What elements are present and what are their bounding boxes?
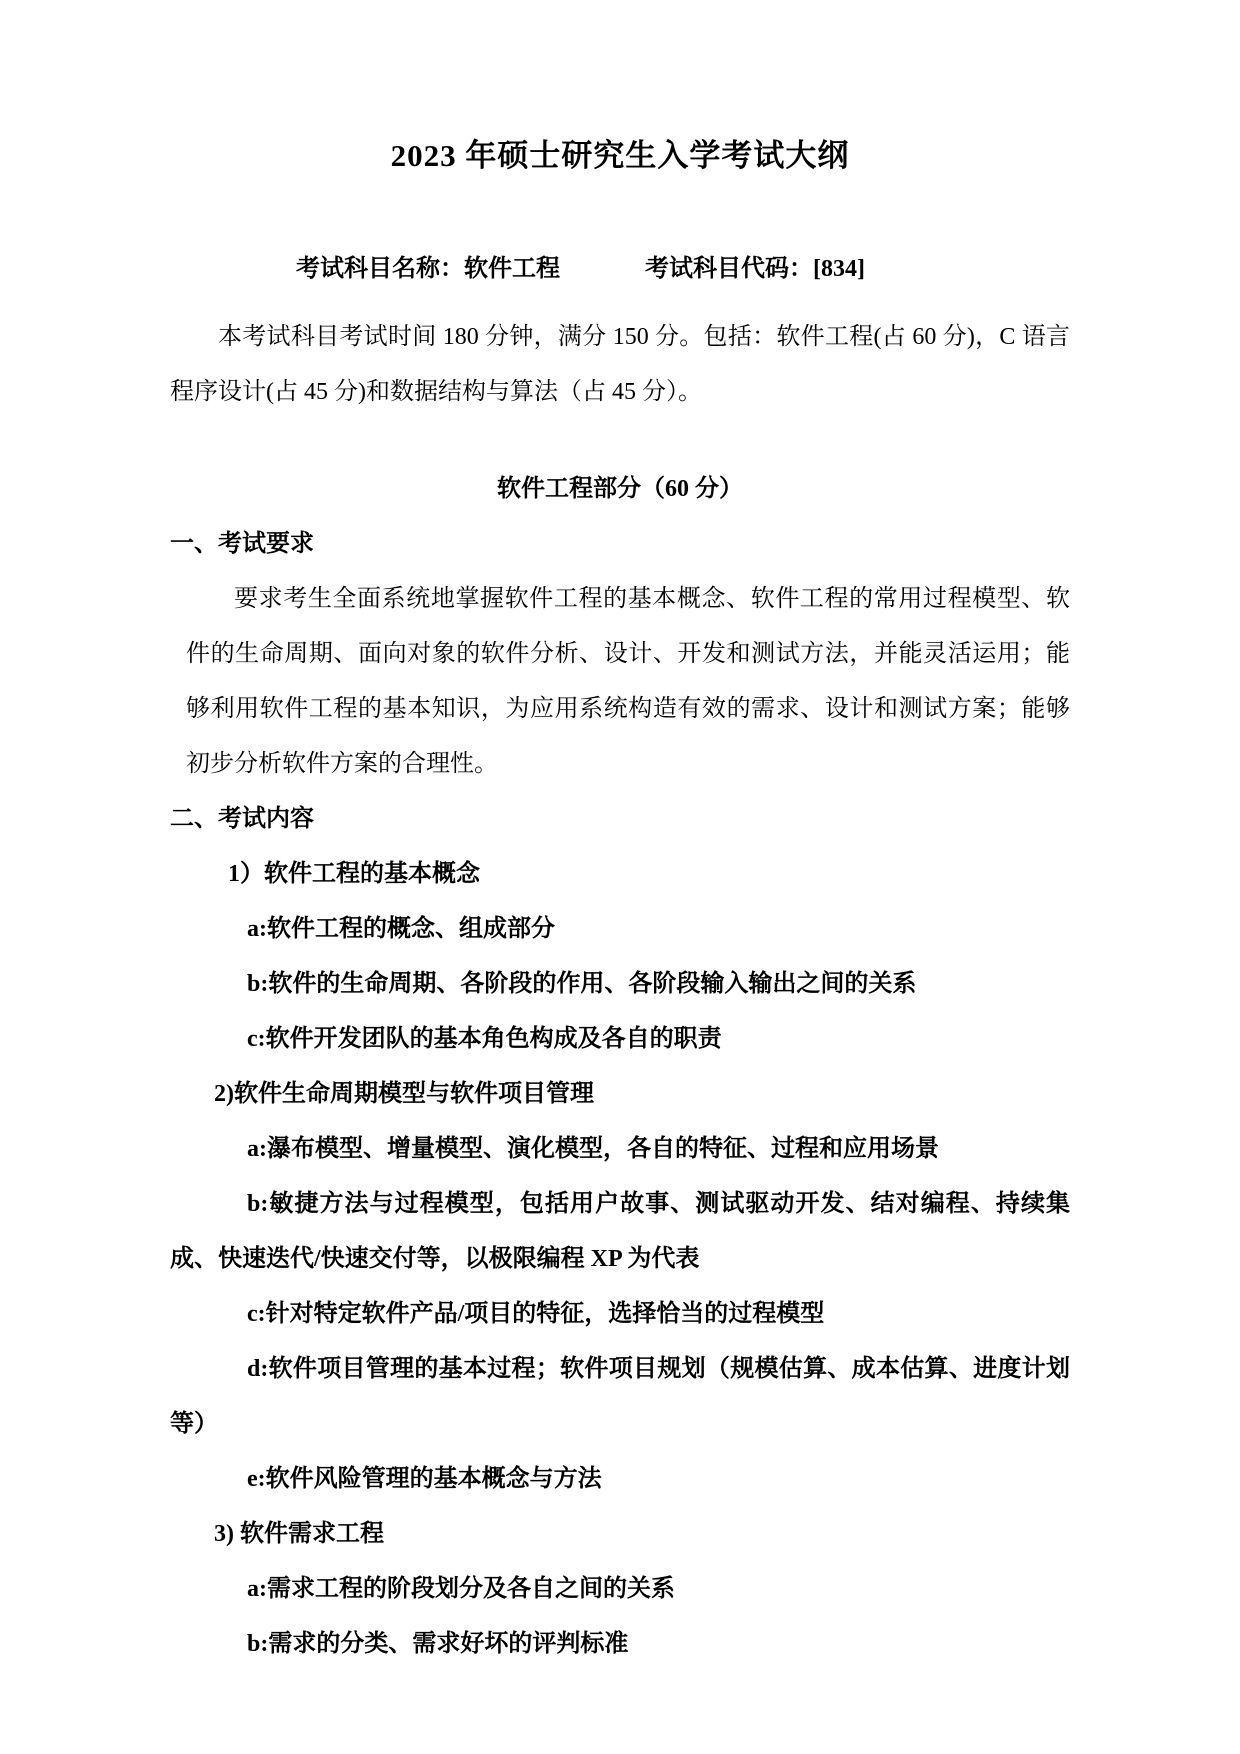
document-page: 2023 年硕士研究生入学考试大纲 考试科目名称：软件工程考试科目代码：[834… [0, 0, 1240, 1754]
section1-heading: 一、考试要求 [170, 517, 1070, 572]
outline-item-3-sub-a: a:需求工程的阶段划分及各自之间的关系 [170, 1562, 1070, 1617]
outline-item-2-sub-c: c:针对特定软件产品/项目的特征，选择恰当的过程模型 [170, 1287, 1070, 1342]
section2-heading: 二、考试内容 [170, 792, 1070, 847]
document-title: 2023 年硕士研究生入学考试大纲 [170, 0, 1070, 178]
intro-paragraph: 本考试科目考试时间 180 分钟，满分 150 分。包括：软件工程(占 60 分… [170, 310, 1070, 420]
outline-item-1: 1）软件工程的基本概念 [170, 847, 1070, 902]
subject-code-value: [834] [813, 256, 865, 282]
outline-item-3: 3) 软件需求工程 [170, 1507, 1070, 1562]
outline-item-2: 2)软件生命周期模型与软件项目管理 [170, 1067, 1070, 1122]
outline-item-1-sub-a: a:软件工程的概念、组成部分 [170, 902, 1070, 957]
subject-name-value: 软件工程 [464, 256, 560, 282]
subject-line: 考试科目名称：软件工程考试科目代码：[834] [296, 242, 1070, 297]
part-heading: 软件工程部分（60 分） [170, 462, 1070, 517]
outline-item-1-sub-c: c:软件开发团队的基本角色构成及各自的职责 [170, 1012, 1070, 1067]
subject-name-label: 考试科目名称： [296, 256, 464, 282]
outline-item-2-sub-a: a:瀑布模型、增量模型、演化模型，各自的特征、过程和应用场景 [170, 1122, 1070, 1177]
section1-body: 要求考生全面系统地掌握软件工程的基本概念、软件工程的常用过程模型、软件的生命周期… [186, 572, 1070, 792]
outline-item-2-sub-b: b:敏捷方法与过程模型，包括用户故事、测试驱动开发、结对编程、持续集成、快速迭代… [170, 1177, 1070, 1287]
outline-item-1-sub-b: b:软件的生命周期、各阶段的作用、各阶段输入输出之间的关系 [170, 957, 1070, 1012]
outline-item-2-sub-e: e:软件风险管理的基本概念与方法 [170, 1452, 1070, 1507]
subject-code-label: 考试科目代码： [645, 256, 813, 282]
outline-item-2-sub-d: d:软件项目管理的基本过程；软件项目规划（规模估算、成本估算、进度计划等） [170, 1342, 1070, 1452]
outline-item-3-sub-b: b:需求的分类、需求好坏的评判标准 [170, 1617, 1070, 1672]
